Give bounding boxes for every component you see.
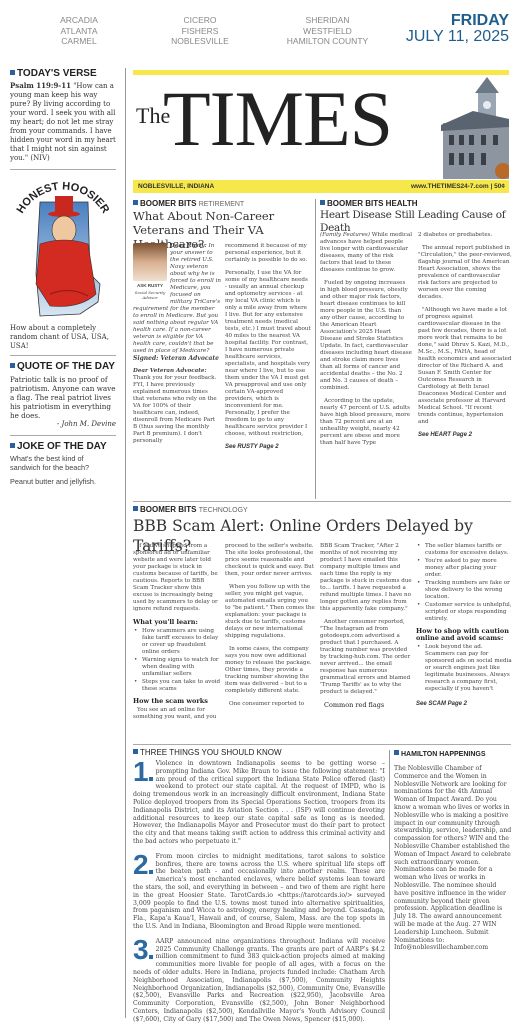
dot-icon xyxy=(149,777,153,781)
subsection-name: TECHNOLOGY xyxy=(199,507,248,514)
continued-link[interactable]: See RUSTY Page 2 xyxy=(225,444,311,451)
number: 1 xyxy=(133,756,149,787)
issue-date-full: JULY 11, 2025 xyxy=(369,28,509,46)
three-things-item-3: 3 AARP announced nine organizations thro… xyxy=(133,938,385,1024)
paragraph: If you've shopped from a sponsored ad or… xyxy=(133,543,221,613)
avatar xyxy=(133,243,167,281)
columnist-photo: ASK RUSTY Social Security Advisor xyxy=(133,243,167,300)
verse-heading: TODAY'S VERSE xyxy=(10,68,116,79)
honest-hoosier-illustration: HONEST HOOSIER xyxy=(10,174,116,324)
byline: (Family Features) xyxy=(320,232,370,238)
scam-col2: proceed to the seller's website. The sit… xyxy=(225,543,315,714)
bullet-square-icon xyxy=(133,506,138,511)
town: WESTFIELD xyxy=(280,26,375,37)
bullet-square-icon xyxy=(133,749,138,754)
list-item: The seller blames tariffs or customs for… xyxy=(416,543,512,557)
number: 2 xyxy=(133,849,149,880)
divider xyxy=(133,744,511,745)
health-col1: (Family Features) While medical advances… xyxy=(320,232,412,453)
verse-title: TODAY'S VERSE xyxy=(17,68,97,79)
columnist-name: ASK RUSTY xyxy=(133,283,167,290)
masthead-location: NOBLESVILLE, INDIANA xyxy=(138,183,214,190)
health-col2: 2 diabetes or prediabetes. The annual re… xyxy=(418,232,512,439)
section-name: BOOMER BITS xyxy=(140,505,196,514)
paragraph: recommend it because of my personal expe… xyxy=(225,243,311,264)
town: FISHERS xyxy=(165,26,235,37)
section-label: BOOMER BITS TECHNOLOGY xyxy=(133,505,513,514)
town: HAMILTON COUNTY xyxy=(280,36,375,47)
sidebar: TODAY'S VERSE Psalm 119:9-11 "How can a … xyxy=(10,68,116,486)
quote-text: Patriotic talk is no proof of patriotism… xyxy=(10,375,116,420)
subheading: How to shop with caution online and avoi… xyxy=(416,628,512,642)
reply-salutation: Dear Veteran Advocate: xyxy=(133,368,207,374)
masthead-website-price[interactable]: www.THETIMES24-7.com | 50¢ xyxy=(411,183,505,190)
section-name: BOOMER BITS xyxy=(140,199,196,208)
paragraph: Personally, I use the VA for some of my … xyxy=(225,270,311,438)
paragraph: You see an ad online for something you w… xyxy=(133,707,221,721)
columnist-title: Social Security Advisor xyxy=(133,290,167,300)
list-item: Look beyond the ad. Scammers can pay for… xyxy=(416,644,512,693)
bullet-square-icon xyxy=(10,443,15,448)
towns-column-2: CICERO FISHERS NOBLESVILLE xyxy=(165,15,235,47)
section-name: THREE THINGS YOU SHOULD KNOW xyxy=(140,748,282,757)
retirement-col1: ASK RUSTY Social Security Advisor Dear R… xyxy=(133,243,221,445)
paragraph: The annual report published in "Circulat… xyxy=(418,245,512,301)
section-label: BOOMER BITS HEALTH xyxy=(320,199,512,208)
item-text: Violence in downtown Indianapolis seems … xyxy=(133,760,385,845)
column-divider xyxy=(315,199,316,499)
section-label: HAMILTON HAPPENINGS xyxy=(394,750,512,758)
column-divider xyxy=(389,750,390,1020)
bullet-list: Look beyond the ad. Scammers can pay for… xyxy=(416,644,512,693)
number: 3 xyxy=(133,934,149,965)
column-divider xyxy=(125,68,126,1018)
verse-body: "How can a young man keep his way pure? … xyxy=(10,82,116,162)
joke-heading: JOKE OF THE DAY xyxy=(10,441,116,452)
masthead-title: TIMES xyxy=(163,89,392,149)
hoosier-caption: How about a completely random chant of U… xyxy=(10,324,116,351)
paragraph: BBB Scam Tracker, "After 2 months of not… xyxy=(320,543,412,613)
reply: Dear Veteran Advocate: Thank you for you… xyxy=(133,368,221,445)
continued-link[interactable]: See HEART Page 2 xyxy=(418,432,512,439)
honest-hoosier-cartoon: HONEST HOOSIER xyxy=(10,174,116,324)
reply-body: Thank you for your feedback. FYI, I have… xyxy=(133,375,217,444)
divider xyxy=(10,355,116,356)
towns-column-3: SHERIDAN WESTFIELD HAMILTON COUNTY xyxy=(280,15,375,47)
scam-col3: BBB Scam Tracker, "After 2 months of not… xyxy=(320,543,412,711)
joke-question: What's the best kind of sandwich for the… xyxy=(10,454,116,472)
list-item: You're asked to pay more money after pla… xyxy=(416,558,512,579)
list-item: Customer service is unhelpful, scripted … xyxy=(416,602,512,623)
quote-title: QUOTE OF THE DAY xyxy=(17,361,115,372)
paragraph: In some cases, the company says you now … xyxy=(225,646,315,695)
number-badge: 2 xyxy=(133,853,153,877)
divider xyxy=(133,501,511,502)
list-item: Steps you can take to avoid these scams xyxy=(133,679,221,693)
section-label: THREE THINGS YOU SHOULD KNOW xyxy=(133,748,385,757)
town: CARMEL xyxy=(38,36,120,47)
issue-date: FRIDAY JULY 11, 2025 xyxy=(369,12,509,46)
article-health: BOOMER BITS HEALTH Heart Disease Still L… xyxy=(320,199,512,235)
subheading: How the scam works xyxy=(133,698,221,705)
section-name: BOOMER BITS HEALTH xyxy=(327,199,418,208)
town: CICERO xyxy=(165,15,235,26)
town: SHERIDAN xyxy=(280,15,375,26)
subheading: Common red flags xyxy=(324,702,412,709)
paragraph: 2 diabetes or prediabetes. xyxy=(418,232,512,239)
item-text: From moon circles to midnight meditation… xyxy=(133,853,385,930)
paragraph: Fueled by ongoing increases in high bloo… xyxy=(320,280,412,392)
town: NOBLESVILLE xyxy=(165,36,235,47)
letter-signature: Signed: Veteran Advocate xyxy=(133,356,221,363)
paragraph: One consumer reported to xyxy=(225,701,315,708)
dot-icon xyxy=(149,955,153,959)
bullet-square-icon xyxy=(10,70,15,75)
list-item: Warning signs to watch for when dealing … xyxy=(133,657,221,678)
paragraph: According to the update, nearly 47 perce… xyxy=(320,398,412,447)
dot-icon xyxy=(149,870,153,874)
hamilton-happenings: HAMILTON HAPPENINGS The Noblesville Cham… xyxy=(394,750,512,952)
paragraph: proceed to the seller's website. The sit… xyxy=(225,543,315,578)
bullet-square-icon xyxy=(320,200,325,205)
masthead-info-bar: NOBLESVILLE, INDIANA www.THETIMES24-7.co… xyxy=(133,180,509,193)
text: While medical advances have helped peopl… xyxy=(320,232,412,273)
three-things: THREE THINGS YOU SHOULD KNOW 1 Violence … xyxy=(133,748,385,1024)
towns-column-1: ARCADIA ATLANTA CARMEL xyxy=(38,15,120,47)
paragraph: When you follow up with the seller, you … xyxy=(225,584,315,640)
subheading: What you'll learn: xyxy=(133,619,221,626)
bullet-list: The seller blames tariffs or customs for… xyxy=(416,543,512,623)
scam-col4: The seller blames tariffs or customs for… xyxy=(416,543,512,708)
item-text: AARP announced nine organizations throug… xyxy=(133,938,385,1023)
bullet-list: How scammers are using fake tariff excus… xyxy=(133,628,221,693)
verse-text: Psalm 119:9-11 "How can a young man keep… xyxy=(10,81,116,163)
letter-salutation: Dear Rusty: xyxy=(170,243,207,249)
section-label: BOOMER BITS RETIREMENT xyxy=(133,199,313,208)
joke-title: JOKE OF THE DAY xyxy=(17,441,107,452)
town: ARCADIA xyxy=(38,15,120,26)
paragraph: Another consumer reported, "The Instagra… xyxy=(320,619,412,696)
number-badge: 3 xyxy=(133,938,153,962)
divider xyxy=(10,435,116,436)
hamilton-text: The Noblesville Chamber of Commerce and … xyxy=(394,765,512,952)
masthead: The TIMES xyxy=(133,75,509,179)
scam-col1: If you've shopped from a sponsored ad or… xyxy=(133,543,221,727)
list-item: How scammers are using fake tariff excus… xyxy=(133,628,221,656)
quote-author: - John M. Devine xyxy=(10,420,116,429)
three-things-item-1: 1 Violence in downtown Indianapolis seem… xyxy=(133,760,385,846)
paragraph: "Although we have made a lot of progress… xyxy=(418,307,512,426)
joke-answer: Peanut butter and jellyfish. xyxy=(10,477,116,486)
town: ATLANTA xyxy=(38,26,120,37)
three-things-item-2: 2 From moon circles to midnight meditati… xyxy=(133,853,385,931)
courthouse-photo xyxy=(423,75,509,179)
quote-heading: QUOTE OF THE DAY xyxy=(10,361,116,372)
section-name: HAMILTON HAPPENINGS xyxy=(401,751,486,758)
verse-reference: Psalm 119:9-11 xyxy=(10,81,71,90)
subsection-name: RETIREMENT xyxy=(199,201,245,208)
bullet-square-icon xyxy=(394,750,399,755)
bullet-square-icon xyxy=(10,363,15,368)
divider xyxy=(10,169,116,170)
paragraph: (Family Features) While medical advances… xyxy=(320,232,412,274)
retirement-col2: recommend it because of my personal expe… xyxy=(225,243,311,451)
continued-link[interactable]: See SCAM Page 2 xyxy=(416,701,512,708)
list-item: Tracking numbers are fake or show delive… xyxy=(416,580,512,601)
bullet-square-icon xyxy=(133,200,138,205)
number-badge: 1 xyxy=(133,760,153,784)
